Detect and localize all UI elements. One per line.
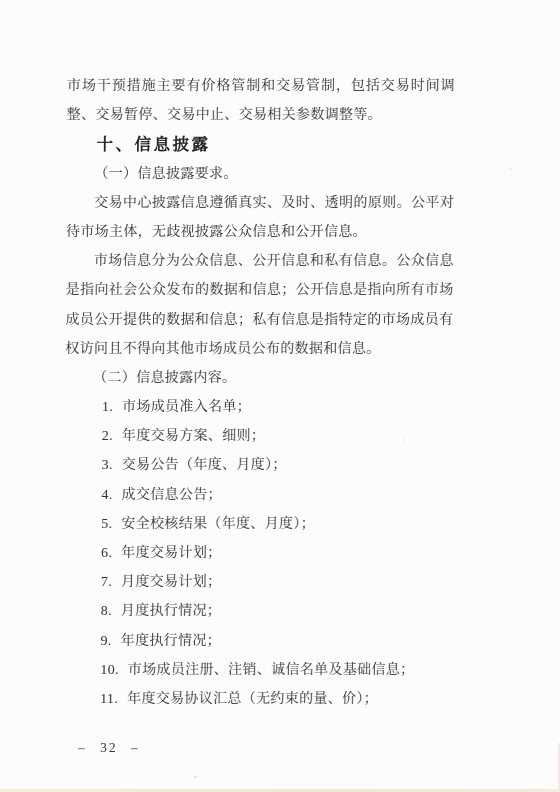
paragraph-line: 交易中心披露信息遵循真实、及时、透明的原则。公平对 [66,189,454,218]
paragraph-line: 整、交易暂停、交易中止、交易相关参数调整等。 [67,101,455,130]
section-heading: 十、信息披露 [66,130,454,159]
list-item-line: 11.年度交易协议汇总（无约束的量、价）； [63,685,451,714]
list-item-text: 年度交易方案、细则； [122,429,265,444]
list-item-line: 1.市场成员准入名单； [65,393,453,422]
page-number: – 32 – [78,740,140,756]
list-item-line: 2.年度交易方案、细则； [65,422,453,451]
paragraph-line: 是指向社会公众发布的数据和信息；公开信息是指向所有市场 [66,276,454,305]
list-item-number: 11. [100,692,118,707]
list-item-text: 市场成员准入名单； [122,400,251,415]
list-item-text: 交易公告（年度、月度）； [122,458,287,473]
list-item-text: 月度交易计划； [121,575,221,590]
document-text: 市场干预措施主要有价格管制和交易管制，包括交易时间调整、交易暂停、交易中止、交易… [63,72,455,714]
list-item-text: 月度执行情况； [121,604,221,619]
scan-speck [194,776,197,778]
list-item-line: 9.年度执行情况； [63,627,451,656]
paragraph-line: 市场干预措施主要有价格管制和交易管制，包括交易时间调 [67,72,455,101]
scan-speck [509,168,512,170]
list-item-number: 8. [101,604,112,619]
paragraph-line: 成员公开提供的数据和信息；私有信息是指特定的市场成员有 [65,306,453,335]
list-item-text: 年度交易计划； [121,546,221,561]
list-item-line: 8.月度执行情况； [64,597,452,626]
list-item-text: 年度交易协议汇总（无约束的量、价）； [127,692,378,707]
list-item-text: 成交信息公告； [122,488,222,503]
list-item-text: 安全校核结果（年度、月度）； [121,517,315,532]
subheading-line: （二）信息披露内容。 [65,364,453,393]
list-item-number: 5. [101,517,112,532]
list-item-line: 4.成交信息公告； [64,481,452,510]
list-item-number: 10. [100,663,119,678]
list-item-number: 3. [102,458,113,473]
paragraph-line: 待市场主体，无歧视披露公众信息和公开信息。 [66,218,454,247]
list-item-number: 4. [101,488,112,503]
list-item-number: 6. [101,546,112,561]
list-item-line: 5.安全校核结果（年度、月度）； [64,510,452,539]
list-item-number: 2. [102,429,113,444]
list-item-number: 7. [101,575,112,590]
page-sheet: 市场干预措施主要有价格管制和交易管制，包括交易时间调整、交易暂停、交易中止、交易… [0,0,560,792]
list-item-line: 3.交易公告（年度、月度）； [65,451,453,480]
list-item-text: 年度执行情况； [121,634,221,649]
list-item-line: 6.年度交易计划； [64,539,452,568]
list-item-number: 1. [102,400,113,415]
subheading-line: （一）信息披露要求。 [66,160,454,189]
list-item-line: 7.月度交易计划； [64,568,452,597]
scan-speck [403,439,405,441]
list-item-number: 9. [100,634,111,649]
list-item-line: 10.市场成员注册、注销、诚信名单及基础信息； [63,656,451,685]
list-item-text: 市场成员注册、注销、诚信名单及基础信息； [128,663,415,678]
paragraph-line: 权访问且不得向其他市场成员公布的数据和信息。 [65,335,453,364]
paragraph-line: 市场信息分为公众信息、公开信息和私有信息。公众信息 [66,247,454,276]
